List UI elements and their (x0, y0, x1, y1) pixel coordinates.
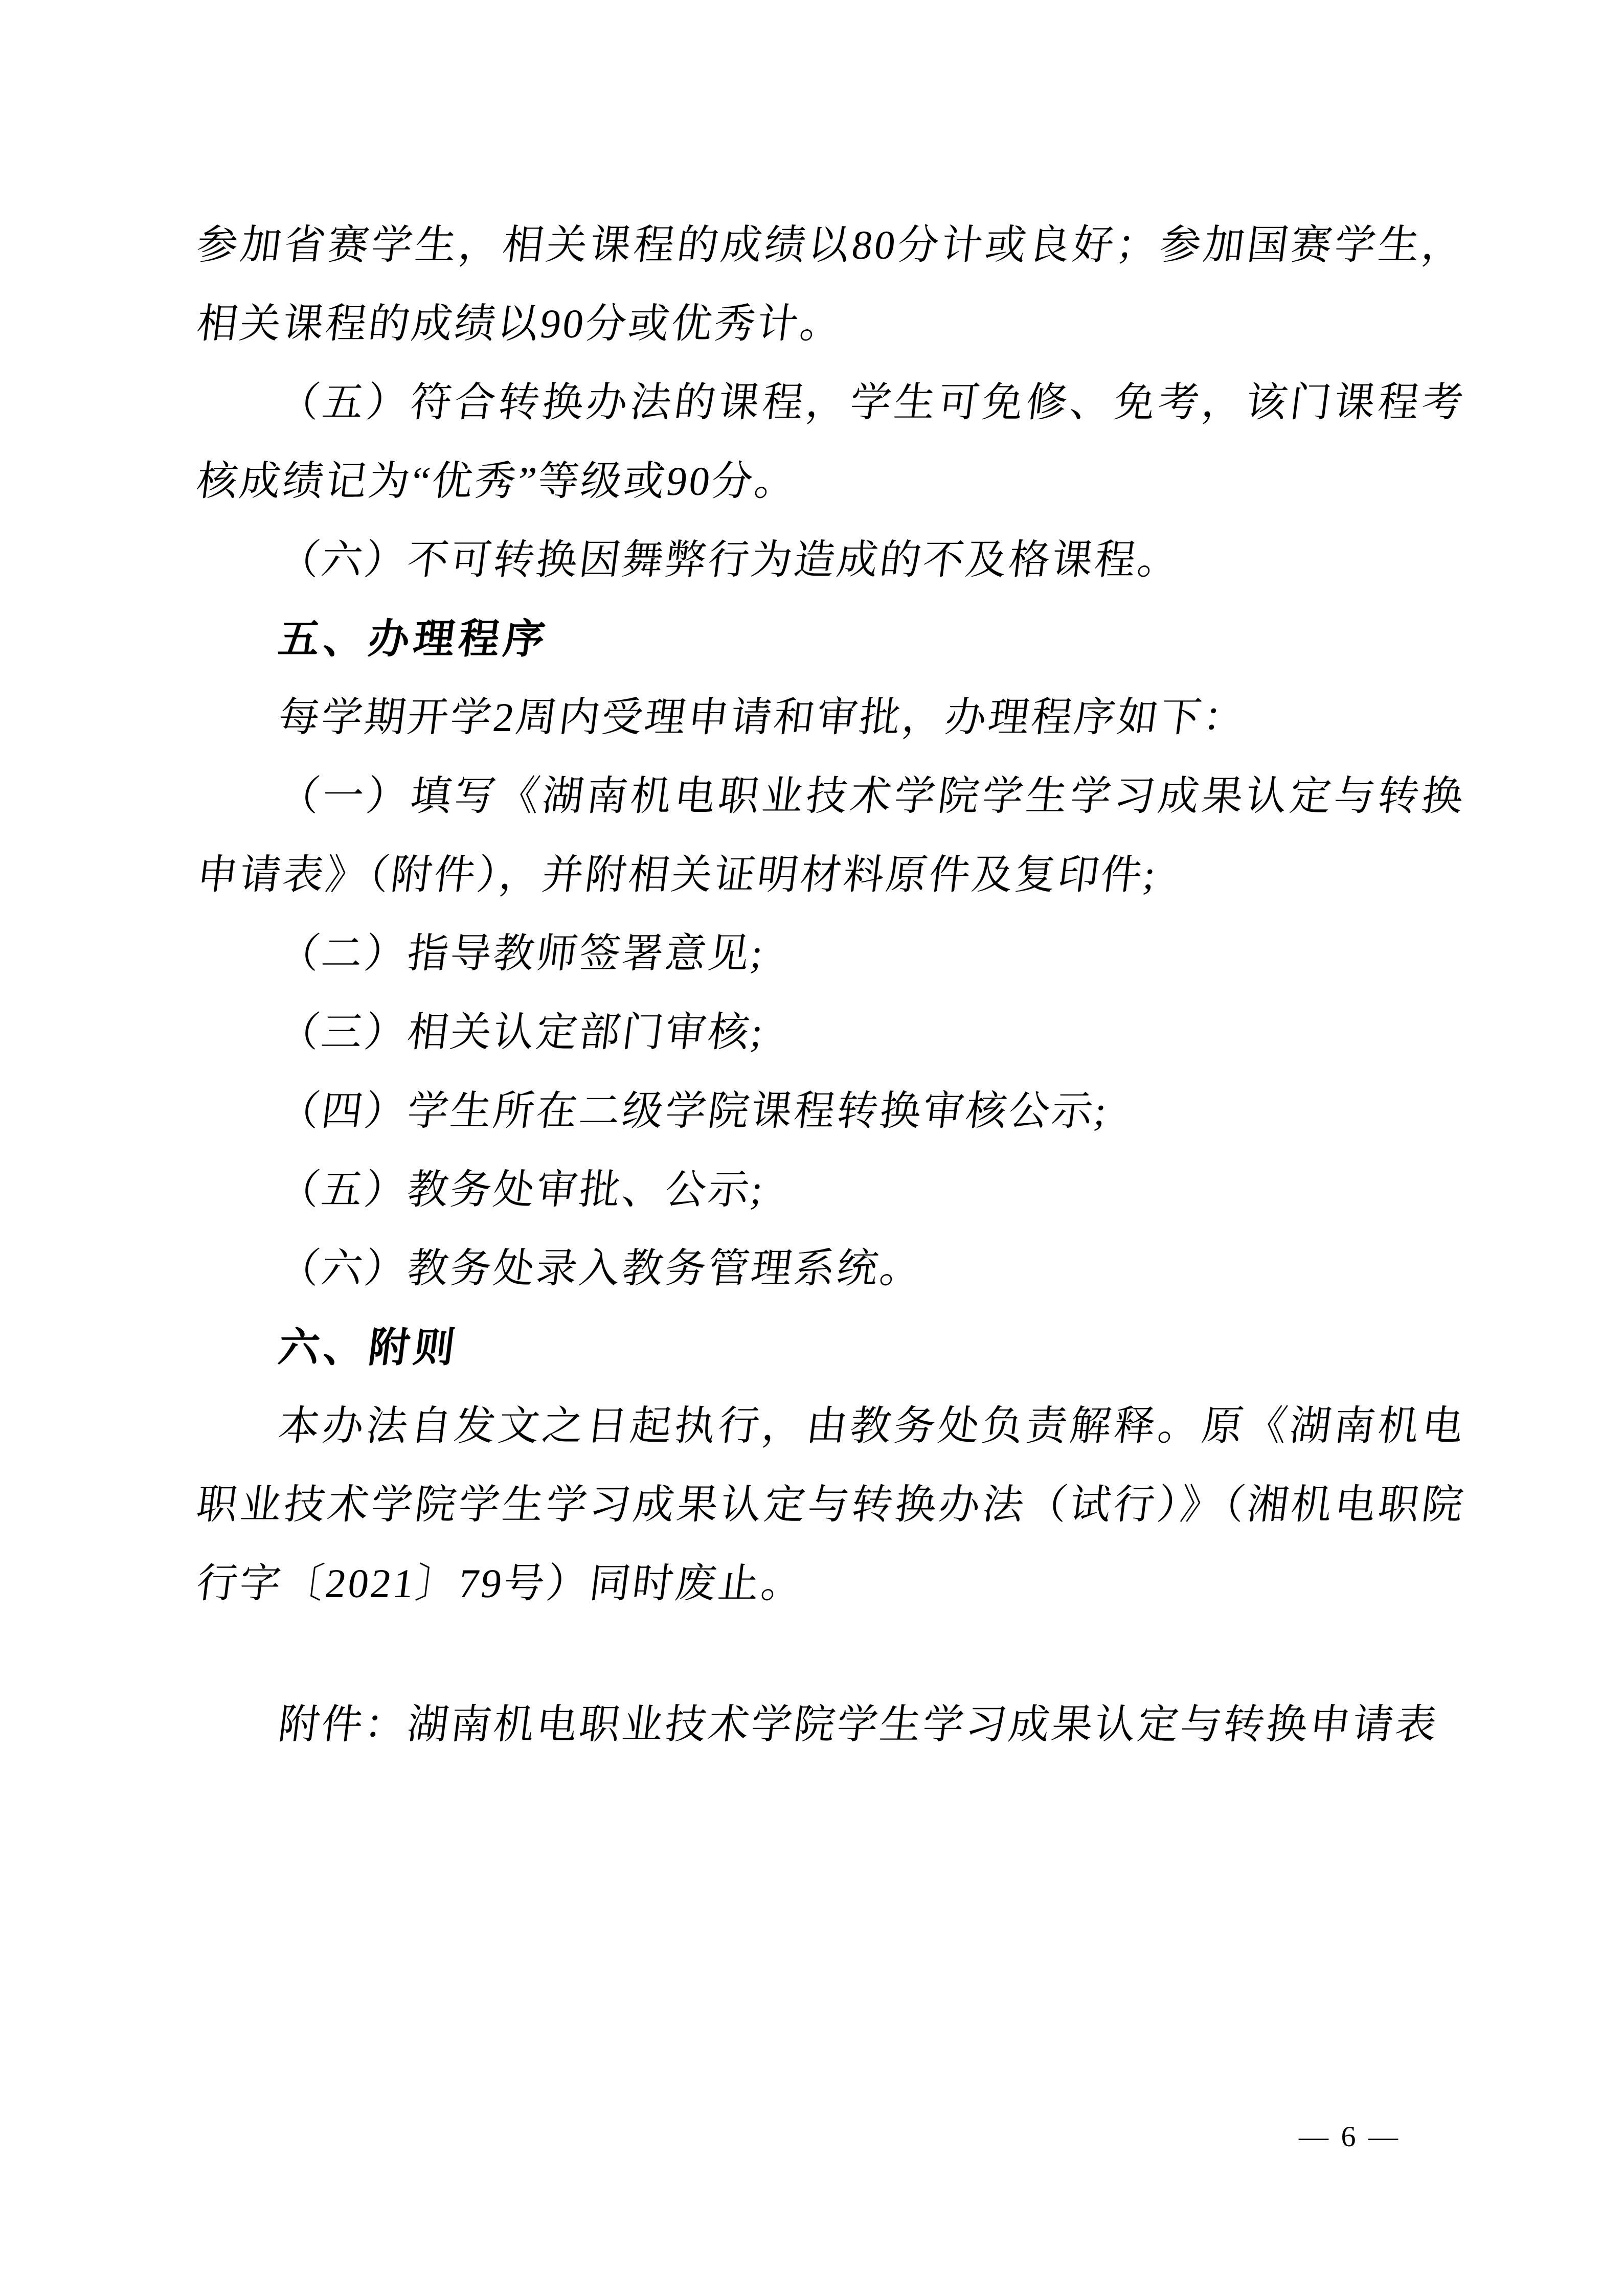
text-line: （三）相关认定部门审核; (192, 993, 1470, 1072)
document-page: 参加省赛学生，相关课程的成绩以80分计或良好；参加国赛学生，相关课程的成绩以90… (0, 0, 1624, 2296)
text-line: 行字〔2021〕79号）同时废止。 (192, 1544, 1470, 1623)
text-line: 附件：湖南机电职业技术学院学生学习成果认定与转换申请表 (192, 1686, 1470, 1764)
text-line: （一）填写《湖南机电职业技术学院学生学习成果认定与转换 (192, 757, 1470, 836)
text-line: 每学期开学2周内受理申请和审批，办理程序如下： (192, 678, 1470, 757)
text-line: （四）学生所在二级学院课程转换审核公示; (192, 1072, 1470, 1151)
text-line: 相关课程的成绩以90分或优秀计。 (192, 285, 1470, 363)
text-line: （六）不可转换因舞弊行为造成的不及格课程。 (192, 521, 1470, 600)
text-line: （六）教务处录入教务管理系统。 (192, 1230, 1470, 1308)
section-heading: 五、办理程序 (192, 600, 1470, 678)
vertical-spacer (197, 1623, 1465, 1686)
text-line: （二）指导教师签署意见; (192, 915, 1470, 993)
text-line: 本办法自发文之日起执行，由教务处负责解释。原《湖南机电 (192, 1387, 1470, 1466)
text-line: （五）符合转换办法的课程，学生可免修、免考，该门课程考 (192, 363, 1470, 442)
page-number: — 6 — (1299, 2122, 1401, 2151)
document-body: 参加省赛学生，相关课程的成绩以80分计或良好；参加国赛学生，相关课程的成绩以90… (197, 206, 1465, 1764)
text-line: （五）教务处审批、公示; (192, 1151, 1470, 1230)
text-line: 参加省赛学生，相关课程的成绩以80分计或良好；参加国赛学生， (192, 206, 1470, 285)
text-line: 申请表》（附件），并附相关证明材料原件及复印件; (192, 836, 1470, 915)
text-line: 职业技术学院学生学习成果认定与转换办法（试行）》（湘机电职院 (192, 1466, 1470, 1544)
text-line: 核成绩记为“优秀”等级或90分。 (192, 442, 1470, 521)
section-heading: 六、附则 (192, 1308, 1470, 1387)
